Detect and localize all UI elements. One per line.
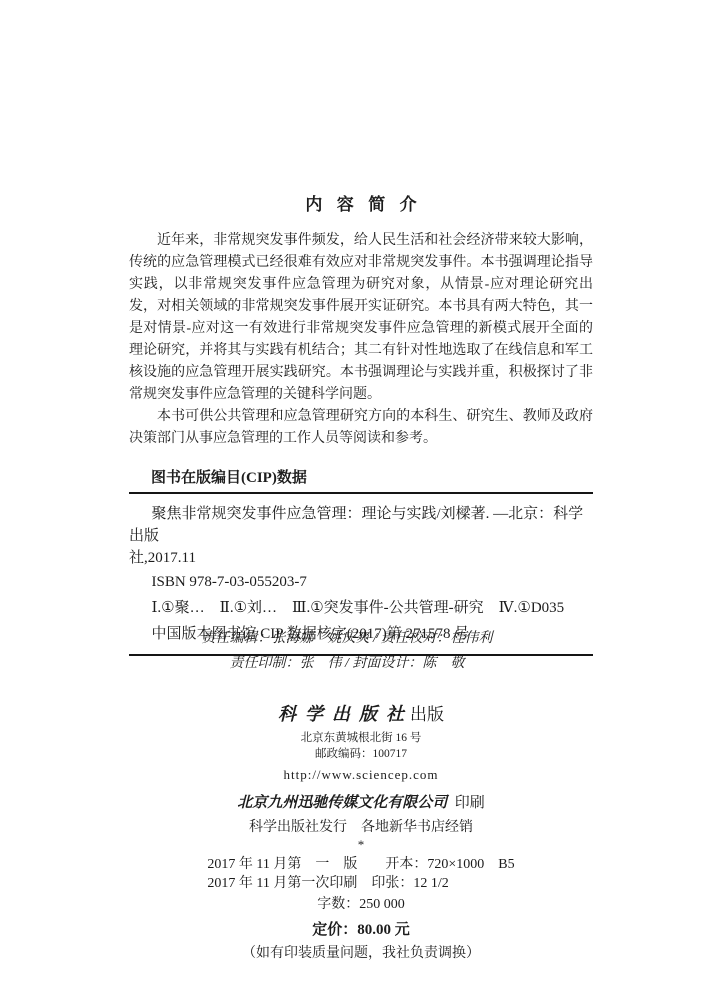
printer-label: 印刷: [455, 795, 485, 811]
publish-label: 出版: [410, 705, 444, 724]
colophon-section: 科学出版社出版 北京东黄城根北街 16 号 邮政编码：100717 http:/…: [129, 700, 593, 962]
intro-paragraph-1: 近年来，非常规突发事件频发，给人民生活和社会经济带来较大影响，传统的应急管理模式…: [129, 230, 593, 406]
cip-title-line-2: 社,2017.11: [129, 547, 593, 569]
page-title: 内容简介: [129, 190, 593, 215]
printing-line: 2017 年 11 月第一次印刷 印张：12 1/2: [207, 874, 514, 893]
edition-block: 2017 年 11 月第 一 版 开本：720×1000 B5 2017 年 1…: [207, 855, 514, 893]
cip-classification: Ⅰ.①聚… Ⅱ.①刘… Ⅲ.①突发事件-公共管理-研究 Ⅳ.①D035: [129, 597, 593, 619]
printer-name: 北京九州迅驰传媒文化有限公司: [237, 795, 447, 811]
credits-design: 责任印制：张 伟 / 封面设计：陈 敬: [115, 651, 579, 676]
publisher-postcode: 邮政编码：100717: [129, 747, 593, 762]
distribution-line: 科学出版社发行 各地新华书店经销: [129, 816, 593, 836]
publisher-website: http://www.sciencep.com: [129, 767, 593, 783]
price: 定价：80.00 元: [129, 918, 593, 939]
book-copyright-page: 内容简介 近年来，非常规突发事件频发，给人民生活和社会经济带来较大影响，传统的应…: [0, 0, 720, 1000]
intro-paragraph-2: 本书可供公共管理和应急管理研究方向的本科生、研究生、教师及政府决策部门从事应急管…: [129, 406, 593, 450]
publisher-name: 科学出版社: [278, 704, 413, 724]
page-title-text: 内容简介: [305, 195, 431, 214]
cip-isbn: ISBN 978-7-03-055203-7: [129, 571, 593, 593]
quality-note: （如有印装质量问题，我社负责调换）: [129, 942, 593, 962]
word-count: 字数：250 000: [129, 893, 593, 913]
credits-editors: 责任编辑：张海娜 姚庆爽 / 责任校对：桂伟利: [115, 626, 579, 651]
cip-title-line-1: 聚焦非常规突发事件应急管理：理论与实践/刘樑著. —北京：科学出版: [129, 503, 593, 547]
separator-asterisk: *: [129, 839, 593, 851]
printer-line: 北京九州迅驰传媒文化有限公司印刷: [129, 791, 593, 812]
edition-line: 2017 年 11 月第 一 版 开本：720×1000 B5: [207, 855, 514, 874]
intro-section: 内容简介 近年来，非常规突发事件频发，给人民生活和社会经济带来较大影响，传统的应…: [129, 190, 593, 450]
publisher-address: 北京东黄城根北街 16 号: [129, 731, 593, 746]
cip-top-rule: [129, 492, 593, 494]
credits-section: 责任编辑：张海娜 姚庆爽 / 责任校对：桂伟利 责任印制：张 伟 / 封面设计：…: [115, 626, 579, 676]
cip-heading: 图书在版编目(CIP)数据: [129, 466, 593, 487]
publisher-line: 科学出版社出版: [129, 700, 593, 726]
